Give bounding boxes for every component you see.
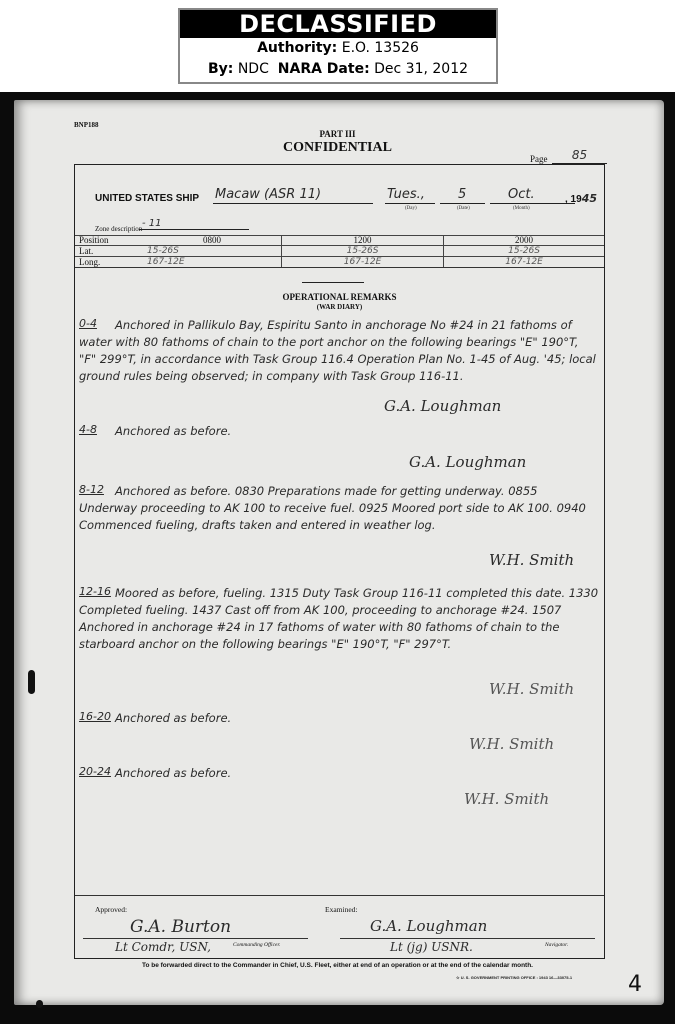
forwarding-instruction: To be forwarded direct to the Commander …: [0, 962, 675, 969]
signature: G.A. Loughman: [384, 397, 501, 415]
page-label: Page: [530, 154, 548, 164]
day-field: Tues.,: [385, 187, 435, 204]
declassified-stamp: DECLASSIFIED Authority: E.O. 13526 By: N…: [178, 8, 498, 84]
navigator-title: Navigator.: [545, 942, 568, 948]
printer-imprint: ☆ U. S. GOVERNMENT PRINTING OFFICE : 194…: [456, 975, 572, 980]
co-signature: G.A. Burton: [130, 917, 231, 937]
war-diary-form: UNITED STATES SHIP Macaw (ASR 11) Tues.,…: [74, 164, 605, 959]
stamp-by-date: By: NDC NARA Date: Dec 31, 2012: [180, 59, 496, 80]
diary-entry: Anchored as before. 4-8 G.A. Loughman: [79, 423, 599, 483]
scanned-page: BNP188 PART III CONFIDENTIAL Page 85 UNI…: [0, 92, 675, 1024]
zone-label: Zone description: [95, 225, 142, 233]
month-sublabel: (Month): [513, 206, 530, 211]
ship-row: UNITED STATES SHIP Macaw (ASR 11) Tues.,…: [95, 187, 605, 207]
punch-hole: [36, 1000, 43, 1008]
month-field: Oct.: [490, 187, 575, 204]
remarks-title: OPERATIONAL REMARKS: [75, 292, 604, 302]
navigator-rank: Lt (jg) USNR.: [390, 940, 473, 954]
ship-name-field: Macaw (ASR 11): [213, 187, 373, 204]
punch-hole: [28, 670, 35, 694]
approved-label: Approved:: [95, 905, 127, 914]
page-number: 85: [552, 148, 607, 164]
co-rank: Lt Comdr, USN,: [115, 940, 211, 954]
remarks-subtitle: (WAR DIARY): [75, 303, 604, 311]
longitude-row: Long. 167-12E 167-12E 167-12E: [75, 257, 604, 268]
co-title: Commanding Officer.: [233, 942, 280, 948]
diary-entry: Anchored as before. 16-20 W.H. Smith: [79, 710, 599, 770]
year-field: , 1945: [565, 192, 597, 205]
archive-page-mark: 4: [628, 972, 642, 997]
position-table: Position 0800 1200 2000 Lat. 15-26S 15-2…: [75, 235, 604, 268]
zone-field: - 11: [139, 217, 249, 230]
stamp-title: DECLASSIFIED: [180, 10, 496, 38]
signature: G.A. Loughman: [409, 453, 526, 471]
diary-entry: Moored as before, fueling. 1315 Duty Tas…: [79, 585, 599, 705]
signature: W.H. Smith: [489, 551, 574, 569]
navigator-signature-line: [340, 938, 595, 939]
day-sublabel: (Day): [405, 206, 417, 211]
diary-entry: Anchored as before. 0830 Preparations ma…: [79, 483, 599, 583]
date-sublabel: (Date): [457, 206, 470, 211]
form-id: BNP188: [74, 121, 99, 129]
examined-label: Examined:: [325, 905, 358, 914]
signature: W.H. Smith: [464, 790, 549, 808]
co-signature-line: [83, 938, 308, 939]
part-heading: PART III: [0, 129, 675, 139]
ship-label: UNITED STATES SHIP: [95, 193, 199, 204]
position-header-row: Position 0800 1200 2000: [75, 236, 604, 246]
signature: W.H. Smith: [489, 680, 574, 698]
signature: W.H. Smith: [469, 735, 554, 753]
latitude-row: Lat. 15-26S 15-26S 15-26S: [75, 246, 604, 257]
diary-entry: Anchored as before. 20-24 W.H. Smith: [79, 765, 599, 825]
date-field: 5: [440, 187, 485, 204]
diary-entry: Anchored in Pallikulo Bay, Espiritu Sant…: [79, 317, 599, 417]
stamp-authority: Authority: E.O. 13526: [180, 38, 496, 59]
approval-divider: [75, 895, 604, 896]
navigator-signature: G.A. Loughman: [370, 917, 487, 935]
divider: [302, 282, 364, 283]
